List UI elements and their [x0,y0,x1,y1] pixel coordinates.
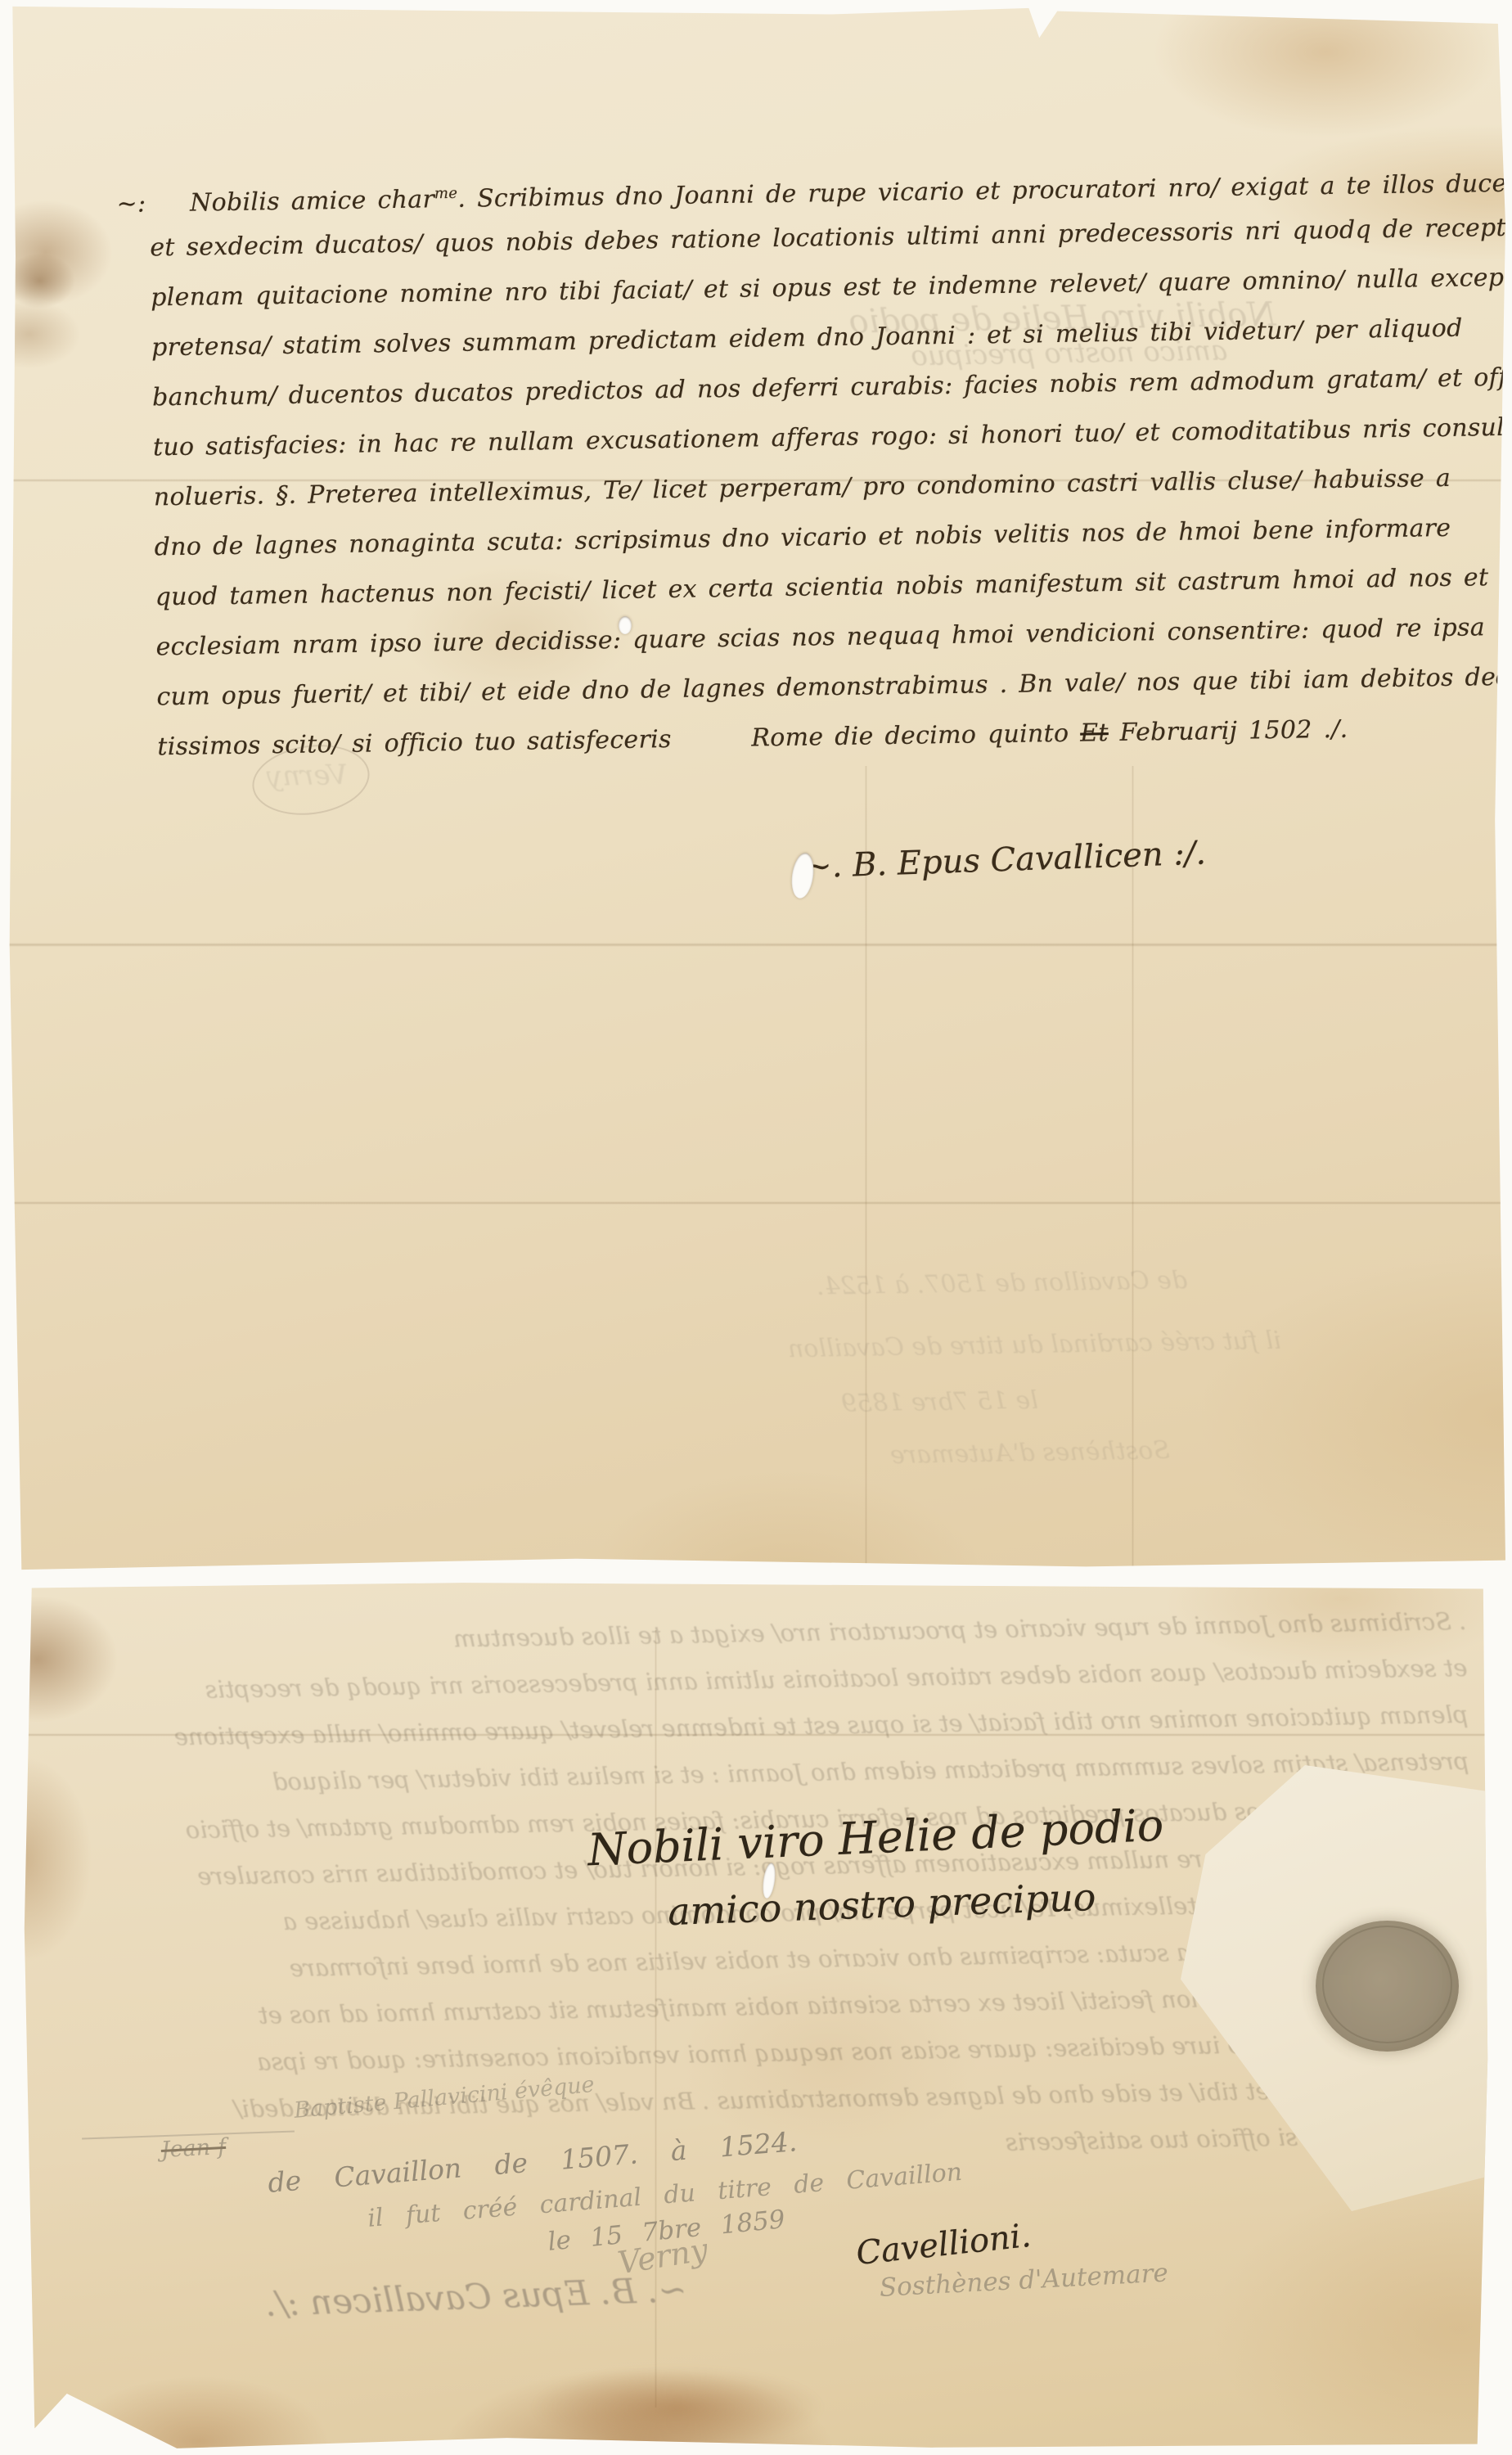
salutation-superscript: me [434,185,458,202]
fold-crease [23,1733,1489,1737]
paper-hole [619,616,632,634]
ghost-pencil-3: le 15 7bre 1859 [841,1386,1038,1418]
wax-seal-ring [1322,1926,1452,2043]
ghost-pencil-4: Sosthènes d'Autemare [890,1436,1170,1470]
dateline-pre: tissimos scito/ si officio tuo satisfece… [157,725,672,761]
ghost-pencil-2: il fut créé cardinal du titre de Cavaill… [788,1327,1281,1364]
pencil-note-struck: Jean-f [160,2134,227,2163]
manuscript-scan: Nobili viro Helie de podio amico nostro … [0,0,1512,2455]
fold-crease [7,943,1505,947]
fold-crease [7,479,1505,482]
ink-docket: Cavellioni. [854,2217,1033,2273]
margin-mark: ~: [116,189,146,218]
wax-seal [1316,1921,1459,2052]
letter-body: ~: Nobilis amice charme. Scribimus dno J… [116,152,1512,773]
dateline-post: Februarij 1502 ./. [1119,715,1348,747]
dateline-place: Rome die decimo quinto [751,719,1069,753]
letter-verso-page: . Scribimus dno Joanni de rupe vicario e… [23,1581,1489,2450]
salutation-pre: Nobilis amice char [190,185,435,217]
fold-crease [7,1201,1505,1205]
fold-crease [655,1630,657,2408]
fold-crease [865,766,867,1572]
dateline-struck-word: Et [1080,718,1109,748]
fold-crease [1132,766,1134,1572]
ghost-scribble-text: Verny [267,759,349,793]
letter-recto-page: Nobili viro Helie de podio amico nostro … [7,5,1505,1573]
stain [530,2367,825,2448]
